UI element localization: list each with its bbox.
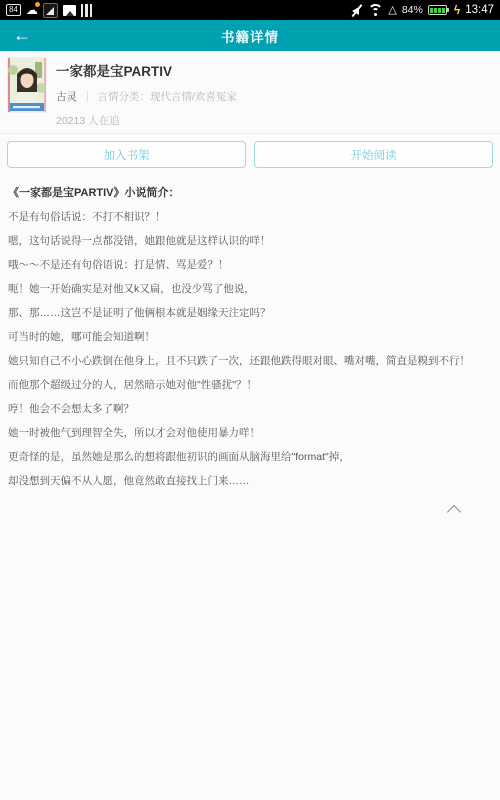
book-title: 一家都是宝PARTIV: [56, 60, 492, 80]
add-to-shelf-button[interactable]: 加入书架: [7, 141, 246, 168]
synopsis-line: 可当时的她，哪可能会知道啊！: [8, 325, 492, 349]
collapse-row: [8, 507, 492, 517]
battery-level-badge: 84: [6, 4, 21, 16]
synopsis-line: 那、那……这岂不是证明了他俩根本就是姻缘天注定吗？: [8, 301, 492, 325]
screenshot-mountain-shape: [66, 11, 74, 16]
page-title: 书籍详情: [221, 26, 279, 46]
synopsis-line: 她只知自己不小心跌倒在他身上，且不只跌了一次，还跟他跌得眼对眼、嘴对嘴，简直是糗…: [8, 349, 492, 373]
synopsis-line: 哼！他会不会想太多了啊？: [8, 397, 492, 421]
weather-cloud-icon: ☁: [26, 4, 38, 16]
book-author: 古灵: [56, 89, 77, 104]
book-cover-image: [8, 58, 46, 112]
synopsis-line: 更奇怪的是，虽然她是那么的想将跟他初识的画面从脑海里给"format"掉，: [8, 445, 492, 469]
synopsis-line: 呃！她一开始确实是对他又k又扁，也没少骂了他说，: [8, 277, 492, 301]
followers-count: 20213 人在追: [56, 113, 492, 128]
book-meta: 一家都是宝PARTIV 古灵 ｜ 言情分类：现代言情/欢喜冤家 20213 人在…: [56, 58, 492, 128]
status-bar-system: △ 84% ϟ 13:47: [350, 4, 494, 17]
action-buttons: 加入书架 开始阅读: [0, 134, 500, 175]
author-row: 古灵 ｜ 言情分类：现代言情/欢喜冤家: [56, 89, 492, 104]
book-details-screen: 84 ☁ △ 84% ϟ 13:47 ← 书籍详情: [0, 0, 500, 800]
synopsis-line: 却没想到天偏不从人愿，他竟然敢直接找上门来……: [8, 469, 492, 493]
pages-icon: [81, 4, 93, 17]
chevron-up-icon[interactable]: [447, 505, 461, 519]
synopsis-line: 嗯，这句话说得一点都没错，她跟他就是这样认识的咩！: [8, 229, 492, 253]
back-button[interactable]: ←: [13, 20, 31, 51]
mute-icon: [350, 4, 363, 17]
start-reading-button[interactable]: 开始阅读: [254, 141, 493, 168]
app-bar: ← 书籍详情: [0, 20, 500, 51]
synopsis-line: 不是有句俗话说：不打不相识？！: [8, 205, 492, 229]
charging-bolt-icon: ϟ: [454, 4, 460, 16]
synopsis-line: 她一时被他气到理智全失，所以才会对他使用暴力咩！: [8, 421, 492, 445]
signal-triangle-icon: △: [388, 5, 396, 16]
status-bar: 84 ☁ △ 84% ϟ 13:47: [0, 0, 500, 20]
app-notification-shape: [46, 7, 54, 15]
status-bar-notifications: 84 ☁: [6, 3, 92, 18]
book-category: 言情分类：现代言情/欢喜冤家: [98, 89, 237, 104]
clock: 13:47: [465, 4, 494, 16]
wifi-icon: [368, 4, 383, 16]
app-notification-icon: [43, 3, 58, 18]
cloud-sun-dot: [35, 2, 40, 7]
synopsis-section: 《一家都是宝PARTIV》小说简介： 不是有句俗话说：不打不相识？！ 嗯，这句话…: [0, 175, 500, 517]
screenshot-icon: [63, 5, 76, 16]
battery-percent-label: 84%: [402, 4, 423, 16]
synopsis-line: 哦～～不是还有句俗语说：打是情、骂是爱？！: [8, 253, 492, 277]
battery-icon: [428, 5, 447, 15]
synopsis-line: 而他那个超级过分的人，居然暗示她对他"性骚扰"？！: [8, 373, 492, 397]
synopsis-heading: 《一家都是宝PARTIV》小说简介：: [8, 181, 492, 205]
book-info-section: 一家都是宝PARTIV 古灵 ｜ 言情分类：现代言情/欢喜冤家 20213 人在…: [0, 51, 500, 134]
back-arrow-icon: ←: [13, 25, 31, 46]
separator: ｜: [82, 89, 93, 104]
